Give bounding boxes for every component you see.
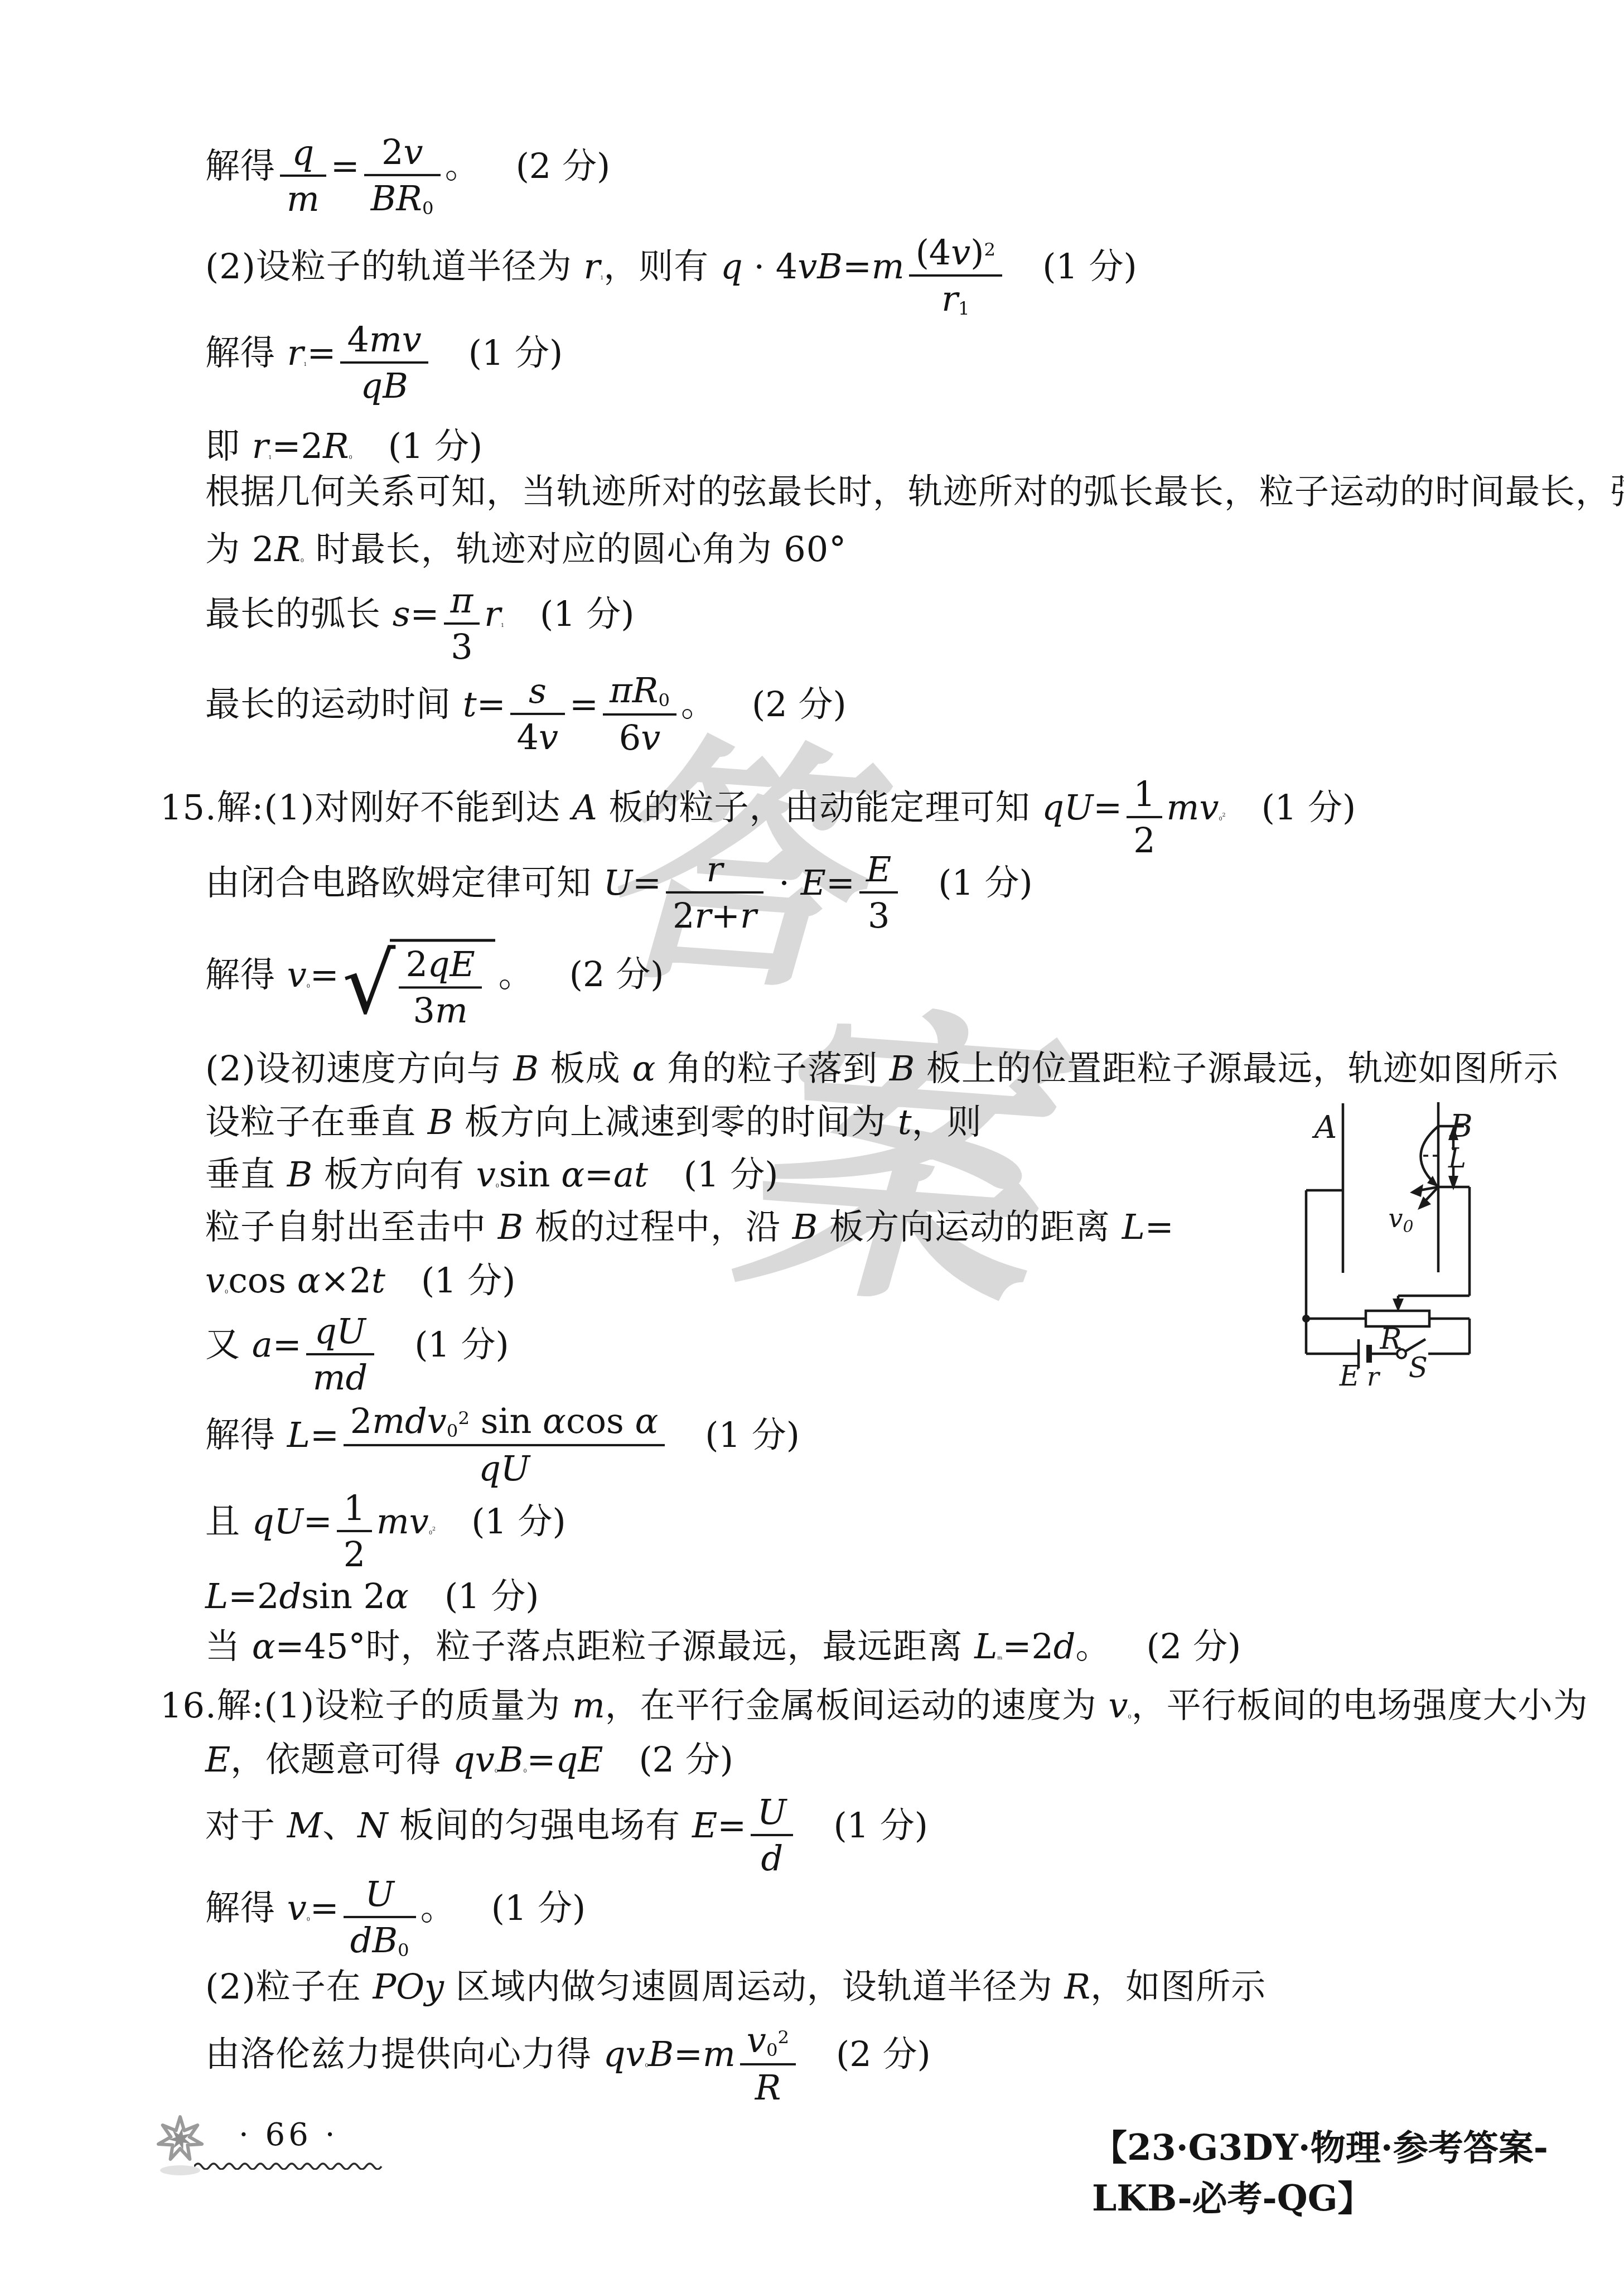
math-roman: =45° xyxy=(275,1626,366,1667)
math-roman: = xyxy=(477,684,506,725)
math-superscript: 2 xyxy=(1222,812,1226,818)
math-variable: α xyxy=(561,1154,584,1195)
answer-line: 垂直 B 板方向有 v0sin α=at(1 分) xyxy=(205,1155,778,1194)
fraction: v02R xyxy=(740,2021,796,2107)
answer-line: 根据几何关系可知，当轨迹所对的弦最长时，轨迹所对的弧长最长，粒子运动的时间最长，… xyxy=(205,472,1624,511)
math-variable: mv xyxy=(376,1501,429,1542)
math-variable: v xyxy=(641,717,660,758)
math-variable: mv xyxy=(369,319,422,360)
chinese-text: 板的粒子，由动能定理可知 xyxy=(597,787,1042,828)
chinese-text: 对于 xyxy=(205,1805,287,1846)
math-variable: α xyxy=(543,1401,566,1441)
math-roman: ×2 xyxy=(321,1260,371,1301)
math-roman: =2 xyxy=(272,426,322,466)
score-label: (1 分) xyxy=(684,1154,779,1195)
l-dim-label: L xyxy=(1448,1143,1466,1174)
math-variable: qU xyxy=(252,1501,303,1542)
answer-line: (2)粒子在 POy 区域内做匀速圆周运动，设轨道半径为 R，如图所示 xyxy=(205,1967,1266,2006)
math-variable: r xyxy=(740,895,757,936)
answer-line: 解得 r1=4mvqB(1 分) xyxy=(205,320,563,405)
score-label: (2 分) xyxy=(516,146,611,186)
answer-line: 设粒子在垂直 B 板方向上减速到零的时间为 t，则 xyxy=(205,1102,982,1142)
score-label: (2 分) xyxy=(752,684,847,725)
math-variable: m xyxy=(287,178,320,219)
math-subscript: 0 xyxy=(422,197,434,219)
math-variable: πR xyxy=(610,670,658,711)
chinese-text: 即 xyxy=(205,426,252,466)
math-variable: r xyxy=(706,849,723,890)
math-variable: q xyxy=(292,132,315,173)
score-label: (2 分) xyxy=(836,2034,931,2074)
answer-line: 解得 L=2mdv02 sin αcos αqU(1 分) xyxy=(205,1402,800,1488)
math-variable: v xyxy=(747,2020,766,2060)
math-variable: a xyxy=(252,1324,273,1365)
answer-line: 最长的运动时间 t=s4v=πR06v。(2 分) xyxy=(205,671,847,757)
math-roman: =2 xyxy=(228,1576,279,1616)
math-variable: R xyxy=(274,529,301,569)
math-variable: r xyxy=(584,246,601,287)
switch-label: S xyxy=(1409,1352,1428,1384)
circuit-diagram: A B L v0 R E r S xyxy=(1272,1088,1606,1428)
chinese-text: 根据几何关系可知，当轨迹所对的弦最长时，轨迹所对的弧长最长，粒子运动的时间最长，… xyxy=(205,471,1624,512)
math-variable: R xyxy=(1065,1966,1091,2007)
score-label: (1 分) xyxy=(540,593,635,634)
score-label: (2 分) xyxy=(569,954,664,995)
math-roman: 2 xyxy=(344,1534,365,1575)
chinese-text: ，依题意可得 xyxy=(230,1739,453,1780)
fraction: 12 xyxy=(1127,775,1162,860)
math-variable: B xyxy=(890,1048,915,1089)
math-roman: sin 2 xyxy=(301,1576,385,1616)
chinese-text: 又 xyxy=(205,1324,252,1365)
chinese-text: 板上的位置距粒子源最远，轨迹如图所示 xyxy=(915,1048,1559,1089)
math-variable: U xyxy=(757,1792,786,1832)
answer-line: 对于 M、N 板间的匀强电场有 E=Ud(1 分) xyxy=(205,1793,928,1877)
chinese-text: ，则有 xyxy=(603,246,721,287)
math-variable: qU xyxy=(478,1448,530,1489)
math-variable: α xyxy=(632,1048,656,1089)
math-roman: 2 xyxy=(673,895,694,936)
answer-sheet-page: { "watermark": { "char1": "答", "char2": … xyxy=(0,0,1624,2283)
math-variable: t xyxy=(898,1102,912,1142)
math-roman: sin xyxy=(470,1401,543,1441)
math-variable: m xyxy=(703,2034,736,2074)
fraction: Ud xyxy=(751,1793,793,1877)
fraction: 2qE3m xyxy=(399,945,481,1030)
score-label: (1 分) xyxy=(1261,787,1356,828)
answer-line: 当 α=45°时，粒子落点距粒子源最远，最远距离 Lm=2d。(2 分) xyxy=(205,1626,1241,1666)
math-variable: s xyxy=(393,593,410,634)
chinese-text: 。 xyxy=(1076,1626,1111,1667)
math-variable: L xyxy=(287,1415,310,1455)
math-variable: α xyxy=(385,1576,409,1616)
chinese-text: 解得 xyxy=(205,1415,287,1455)
fraction: UdB0 xyxy=(344,1875,416,1961)
math-variable: r xyxy=(252,426,269,466)
chinese-text: 由洛伦兹力提供向心力得 xyxy=(205,2034,603,2074)
left-arrowhead xyxy=(1410,1184,1423,1197)
math-variable: v xyxy=(1109,1685,1128,1726)
math-variable: t xyxy=(371,1260,385,1301)
chinese-text: 解得 xyxy=(205,146,275,186)
math-variable: md xyxy=(313,1357,368,1398)
chinese-text: ，如图所示 xyxy=(1090,1966,1266,2007)
math-variable: α xyxy=(297,1260,321,1301)
math-roman: = xyxy=(569,684,598,725)
answer-line: 且 qU=12mv02(1 分) xyxy=(205,1489,566,1574)
math-variable: qB xyxy=(360,365,408,406)
plate-b-label: B xyxy=(1449,1108,1472,1145)
math-variable: r xyxy=(694,895,711,936)
chinese-text: 当 xyxy=(205,1626,252,1667)
math-roman: 3 xyxy=(451,626,472,667)
answer-line: (2)设粒子的轨道半径为 r1，则有 q · 4vB=m(4v)2r1(1 分) xyxy=(205,233,1137,319)
answer-line: 16.解:(1)设粒子的质量为 m，在平行金属板间运动的速度为 v0，平行板间的… xyxy=(160,1686,1588,1725)
math-roman: cos xyxy=(566,1401,635,1441)
math-roman: 3 xyxy=(868,895,890,936)
math-variable: L xyxy=(974,1626,997,1667)
math-roman: (4 xyxy=(916,232,951,273)
score-label: (1 分) xyxy=(444,1576,539,1616)
math-variable: q xyxy=(721,246,743,287)
math-variable: B xyxy=(792,1206,818,1247)
chinese-text: 板成 xyxy=(539,1048,632,1089)
chinese-text: 。 xyxy=(420,1888,456,1928)
chinese-text: 板间的匀强电场有 xyxy=(388,1805,692,1846)
math-variable: m xyxy=(872,246,905,287)
answer-line: (2)设初速度方向与 B 板成 α 角的粒子落到 B 板上的位置距粒子源最远，轨… xyxy=(205,1049,1559,1088)
math-subscript: 1 xyxy=(958,298,970,319)
score-label: (1 分) xyxy=(833,1805,928,1846)
fraction: r2r+r xyxy=(666,850,763,935)
math-variable: B xyxy=(428,1102,453,1142)
answer-line: E，依题意可得 qv0B0=qE(2 分) xyxy=(205,1740,733,1779)
math-variable: E xyxy=(866,849,891,890)
math-variable: BR xyxy=(371,178,422,219)
score-label: (1 分) xyxy=(388,426,483,466)
score-label: (1 分) xyxy=(491,1888,586,1928)
chinese-text: ，平行板间的电场强度大小为 xyxy=(1132,1685,1588,1726)
math-roman: = xyxy=(310,1415,339,1455)
math-roman: =2 xyxy=(1002,1626,1053,1667)
answer-line: 解得 v0=UdB0。(1 分) xyxy=(205,1875,586,1961)
math-roman: 1 xyxy=(1133,774,1155,814)
math-variable: E xyxy=(205,1739,230,1780)
math-roman: = xyxy=(526,1739,555,1780)
math-roman: 2 xyxy=(381,132,403,172)
math-variable: v xyxy=(205,1260,225,1301)
math-variable: U xyxy=(365,1874,394,1914)
math-variable: r xyxy=(484,593,501,634)
junction-dot xyxy=(1302,1315,1310,1323)
fraction: qUmd xyxy=(306,1312,374,1397)
math-roman: 2 xyxy=(350,1401,372,1441)
chinese-text: ，在平行金属板间运动的速度为 xyxy=(605,1685,1109,1726)
answer-line: 由洛伦兹力提供向心力得 qv0B=mv02R(2 分) xyxy=(205,2021,931,2107)
chinese-text: 最长的弧长 xyxy=(205,593,393,634)
fraction: πR06v xyxy=(603,671,676,757)
reference-code: 【23·G3DY·物理·参考答案-LKB-必考-QG】 xyxy=(1092,2120,1624,2221)
chinese-text: 。 xyxy=(681,684,716,725)
chinese-text: 角的粒子落到 xyxy=(655,1048,889,1089)
chinese-text: 时，粒子落点距粒子源最远，最远距离 xyxy=(365,1626,974,1667)
math-roman: = xyxy=(273,1324,302,1365)
math-variable: vB xyxy=(797,246,843,287)
chinese-text: (2)设初速度方向与 xyxy=(205,1048,514,1089)
math-variable: qE xyxy=(555,1739,603,1780)
math-subscript: 0 xyxy=(398,1939,409,1961)
math-variable: d xyxy=(761,1838,783,1879)
math-variable: v xyxy=(951,232,970,273)
math-variable: π xyxy=(451,580,473,621)
math-variable: E xyxy=(801,862,826,903)
fraction: 4mvqB xyxy=(340,320,428,405)
score-label: (2 分) xyxy=(639,1739,733,1780)
v0-label: v0 xyxy=(1388,1203,1413,1237)
math-roman: 6 xyxy=(619,717,641,758)
internal-r-label: r xyxy=(1367,1362,1381,1392)
math-variable: r xyxy=(287,332,304,373)
fraction: π3 xyxy=(444,581,480,666)
math-variable: mv xyxy=(1167,787,1219,828)
score-label: (1 分) xyxy=(471,1501,566,1542)
answer-line: 解得 v0=√2qE3m。(2 分) xyxy=(205,939,664,1030)
math-variable: mdv xyxy=(372,1401,447,1441)
math-roman: = xyxy=(1093,787,1122,828)
chinese-text: 板方向运动的距离 xyxy=(818,1206,1122,1247)
chinese-text: (2)设粒子的轨道半径为 xyxy=(205,246,584,287)
score-label: (1 分) xyxy=(938,862,1033,903)
chinese-text: 粒子自射出至击中 xyxy=(205,1206,498,1247)
answer-line: 由闭合电路欧姆定律可知 U=r2r+r · E=E3(1 分) xyxy=(205,850,1033,935)
fraction: 12 xyxy=(337,1489,372,1574)
math-variable: at xyxy=(613,1154,648,1195)
math-roman: = xyxy=(310,954,339,995)
math-variable: d xyxy=(279,1576,302,1616)
math-roman: 4 xyxy=(347,319,369,360)
math-variable: qv xyxy=(603,2034,645,2074)
math-variable: α xyxy=(635,1401,658,1441)
math-roman: = xyxy=(310,1888,339,1928)
math-roman: sin xyxy=(499,1154,561,1195)
math-variable: d xyxy=(1053,1626,1076,1667)
fraction: E3 xyxy=(859,850,898,935)
wavy-underline xyxy=(194,2160,386,2170)
chinese-text: ，则 xyxy=(912,1102,982,1142)
fraction: 2vBR0 xyxy=(364,133,441,219)
chinese-text: 板的过程中，沿 xyxy=(523,1206,792,1247)
chinese-text: 解得 xyxy=(205,332,287,373)
fraction: s4v xyxy=(510,672,565,756)
chinese-text: 垂直 xyxy=(205,1154,287,1195)
chinese-text: 15.解:(1)对刚好不能到达 xyxy=(160,787,572,828)
math-variable: r xyxy=(941,278,958,319)
math-variable: U xyxy=(603,862,632,903)
math-roman: 2 xyxy=(405,944,427,984)
math-subscript: 0 xyxy=(349,455,352,461)
radical-sign: √ xyxy=(342,943,396,1026)
math-subscript: 1 xyxy=(501,622,504,629)
math-roman: = xyxy=(826,862,855,903)
math-variable: B xyxy=(649,2034,674,2074)
math-variable: N xyxy=(357,1805,388,1846)
answer-line: 粒子自射出至击中 B 板的过程中，沿 B 板方向运动的距离 L= xyxy=(205,1207,1174,1247)
chinese-text: 。 xyxy=(499,954,534,995)
page-number: · 66 · xyxy=(239,2117,338,2153)
math-roman: = xyxy=(674,2034,703,2074)
answer-line: 15.解:(1)对刚好不能到达 A 板的粒子，由动能定理可知 qU=12mv02… xyxy=(160,775,1356,860)
fraction: qm xyxy=(280,133,326,218)
math-variable: L xyxy=(205,1576,228,1616)
math-roman: = xyxy=(632,862,661,903)
chinese-text: 解得 xyxy=(205,954,287,995)
math-subscript: 0 xyxy=(658,689,670,711)
chinese-text: (2)粒子在 xyxy=(205,1966,373,2007)
chinese-text: 为 2 xyxy=(205,529,274,569)
chinese-text: 。 xyxy=(445,146,480,186)
chinese-text: 时最长，轨迹对应的圆心角为 60° xyxy=(304,529,847,569)
math-roman: · xyxy=(768,862,801,903)
math-variable: m xyxy=(435,991,468,1031)
math-variable: POy xyxy=(373,1966,444,2007)
answer-line: 为 2R0 时最长，轨迹对应的圆心角为 60° xyxy=(205,529,847,569)
math-variable: α xyxy=(252,1626,275,1667)
chinese-text: 最长的运动时间 xyxy=(205,684,463,725)
math-variable: qv xyxy=(453,1739,495,1780)
math-variable: B xyxy=(498,1739,524,1780)
score-label: (1 分) xyxy=(705,1415,800,1455)
sqrt-expression: √2qE3m xyxy=(342,939,495,1030)
math-superscript: 2 xyxy=(984,239,996,260)
math-roman: = xyxy=(717,1805,746,1846)
math-roman: ) xyxy=(970,232,984,273)
score-label: (2 分) xyxy=(1147,1626,1241,1667)
math-variable: v xyxy=(287,1888,307,1928)
math-variable: M xyxy=(287,1805,322,1846)
math-roman: · 4 xyxy=(743,246,798,287)
math-variable: B xyxy=(287,1154,313,1195)
answer-line: L=2dsin 2α(1 分) xyxy=(205,1576,539,1616)
math-variable: v xyxy=(539,717,558,757)
chinese-text: 板方向上减速到零的时间为 xyxy=(453,1102,897,1142)
answer-line: 又 a=qUmd(1 分) xyxy=(205,1312,509,1397)
chinese-text: 由闭合电路欧姆定律可知 xyxy=(205,862,603,903)
answer-line: 即 r1=2R0(1 分) xyxy=(205,426,482,466)
chinese-text: 、 xyxy=(322,1805,357,1846)
chinese-text: 16.解:(1)设粒子的质量为 xyxy=(160,1685,572,1726)
math-variable: t xyxy=(463,684,477,725)
math-variable: R xyxy=(323,426,349,466)
math-superscript: 2 xyxy=(432,1526,436,1532)
answer-line: 最长的弧长 s=π3r1(1 分) xyxy=(205,581,635,666)
math-roman: 2 xyxy=(1133,820,1155,861)
math-roman: = xyxy=(307,332,336,373)
math-variable: B xyxy=(498,1206,524,1247)
math-variable: E xyxy=(692,1805,717,1846)
math-roman: = xyxy=(410,593,439,634)
math-variable: qE xyxy=(428,944,475,984)
math-subscript: 0 xyxy=(766,2039,778,2060)
math-variable: v xyxy=(476,1154,496,1195)
score-label: (1 分) xyxy=(421,1260,516,1301)
switch-lever xyxy=(1406,1339,1425,1351)
math-roman: = xyxy=(843,246,872,287)
math-variable: dB xyxy=(350,1920,398,1961)
math-variable: L xyxy=(1122,1206,1145,1247)
math-roman: + xyxy=(711,895,740,936)
fraction: 2mdv02 sin αcos αqU xyxy=(344,1402,665,1488)
math-roman: 1 xyxy=(344,1488,365,1528)
math-variable: v xyxy=(287,954,307,995)
math-variable: m xyxy=(572,1685,605,1726)
math-variable: A xyxy=(572,787,597,828)
math-subscript: 0 xyxy=(447,1420,458,1441)
math-variable: R xyxy=(755,2067,781,2108)
emf-label: E xyxy=(1339,1360,1360,1392)
math-roman: cos xyxy=(228,1260,297,1301)
math-variable: s xyxy=(529,670,547,711)
answer-line: v0cos α×2t(1 分) xyxy=(205,1261,515,1300)
math-variable: B xyxy=(514,1048,539,1089)
chinese-text: 区域内做匀速圆周运动，设轨道半径为 xyxy=(444,1966,1064,2007)
math-roman: = xyxy=(1145,1206,1174,1247)
score-label: (1 分) xyxy=(468,332,563,373)
fraction: (4v)2r1 xyxy=(909,233,1002,319)
plate-a-label: A xyxy=(1312,1109,1337,1146)
chinese-text: 设粒子在垂直 xyxy=(205,1102,428,1142)
math-superscript: 2 xyxy=(778,2026,790,2048)
rheostat-label: R xyxy=(1379,1323,1401,1356)
math-roman: = xyxy=(331,146,360,186)
math-variable: qU xyxy=(1042,787,1093,828)
chinese-text: 且 xyxy=(205,1501,252,1542)
math-superscript: 2 xyxy=(458,1407,470,1428)
chinese-text: 解得 xyxy=(205,1888,287,1928)
math-roman: = xyxy=(303,1501,332,1542)
answer-line: 解得qm=2vBR0。(2 分) xyxy=(205,133,610,219)
score-label: (1 分) xyxy=(1042,246,1137,287)
math-variable: v xyxy=(403,132,423,172)
score-label: (1 分) xyxy=(414,1324,509,1365)
math-roman: 4 xyxy=(517,717,539,757)
chinese-text: 板方向有 xyxy=(312,1154,476,1195)
math-variable: qU xyxy=(315,1311,366,1352)
math-roman: = xyxy=(584,1154,613,1195)
math-roman: 3 xyxy=(413,991,434,1031)
